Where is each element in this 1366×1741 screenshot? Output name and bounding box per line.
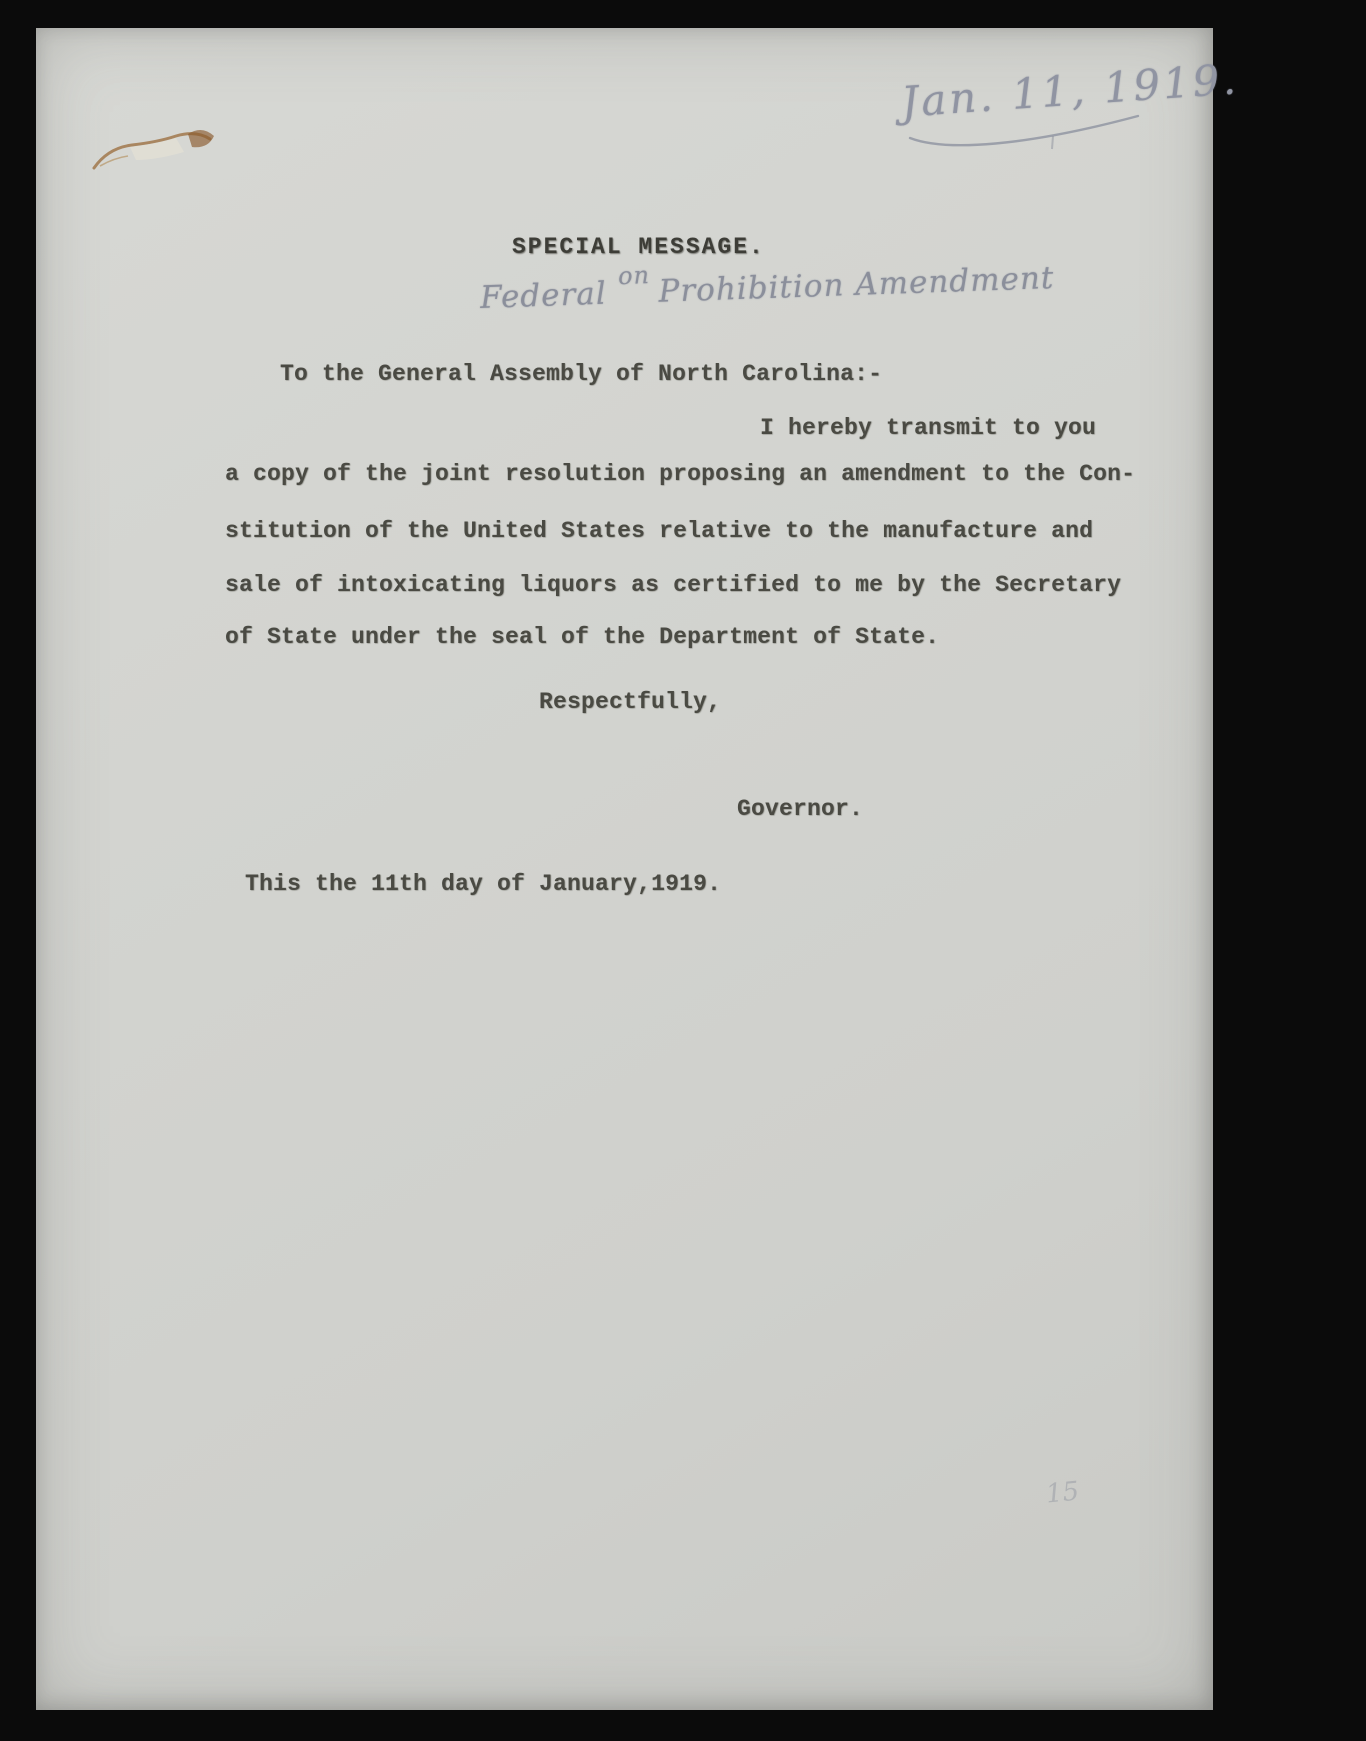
body-opening-line: I hereby transmit to you bbox=[760, 415, 1096, 441]
body-line-2: stitution of the United States relative … bbox=[225, 518, 1093, 544]
document-title: SPECIAL MESSAGE. bbox=[512, 234, 765, 260]
annotation-word-federal: Federal bbox=[480, 276, 608, 316]
closing-line: Respectfully, bbox=[539, 689, 721, 715]
handwritten-underline-flourish bbox=[906, 108, 1146, 153]
body-line-3: sale of intoxicating liquors as certifie… bbox=[225, 572, 1121, 598]
date-line: This the 11th day of January,1919. bbox=[245, 871, 721, 897]
scanned-document-background: Jan. 11, 1919. SPECIAL MESSAGE. Federalo… bbox=[0, 0, 1366, 1741]
document-page: Jan. 11, 1919. SPECIAL MESSAGE. Federalo… bbox=[36, 28, 1213, 1710]
annotation-words-prohibition-amendment: Prohibition Amendment bbox=[658, 260, 1055, 310]
pencil-tick-mark bbox=[1048, 134, 1058, 152]
paper-tear-artifact bbox=[84, 106, 234, 201]
body-line-1: a copy of the joint resolution proposing… bbox=[225, 461, 1135, 487]
handwritten-subject-annotation: FederalonProhibition Amendment bbox=[480, 260, 1055, 316]
pencil-corner-mark: 15 bbox=[1045, 1476, 1081, 1509]
body-line-4: of State under the seal of the Departmen… bbox=[225, 624, 939, 650]
salutation-line: To the General Assembly of North Carolin… bbox=[280, 361, 882, 387]
annotation-inserted-word: on bbox=[618, 261, 651, 290]
signature-title: Governor. bbox=[737, 796, 863, 822]
